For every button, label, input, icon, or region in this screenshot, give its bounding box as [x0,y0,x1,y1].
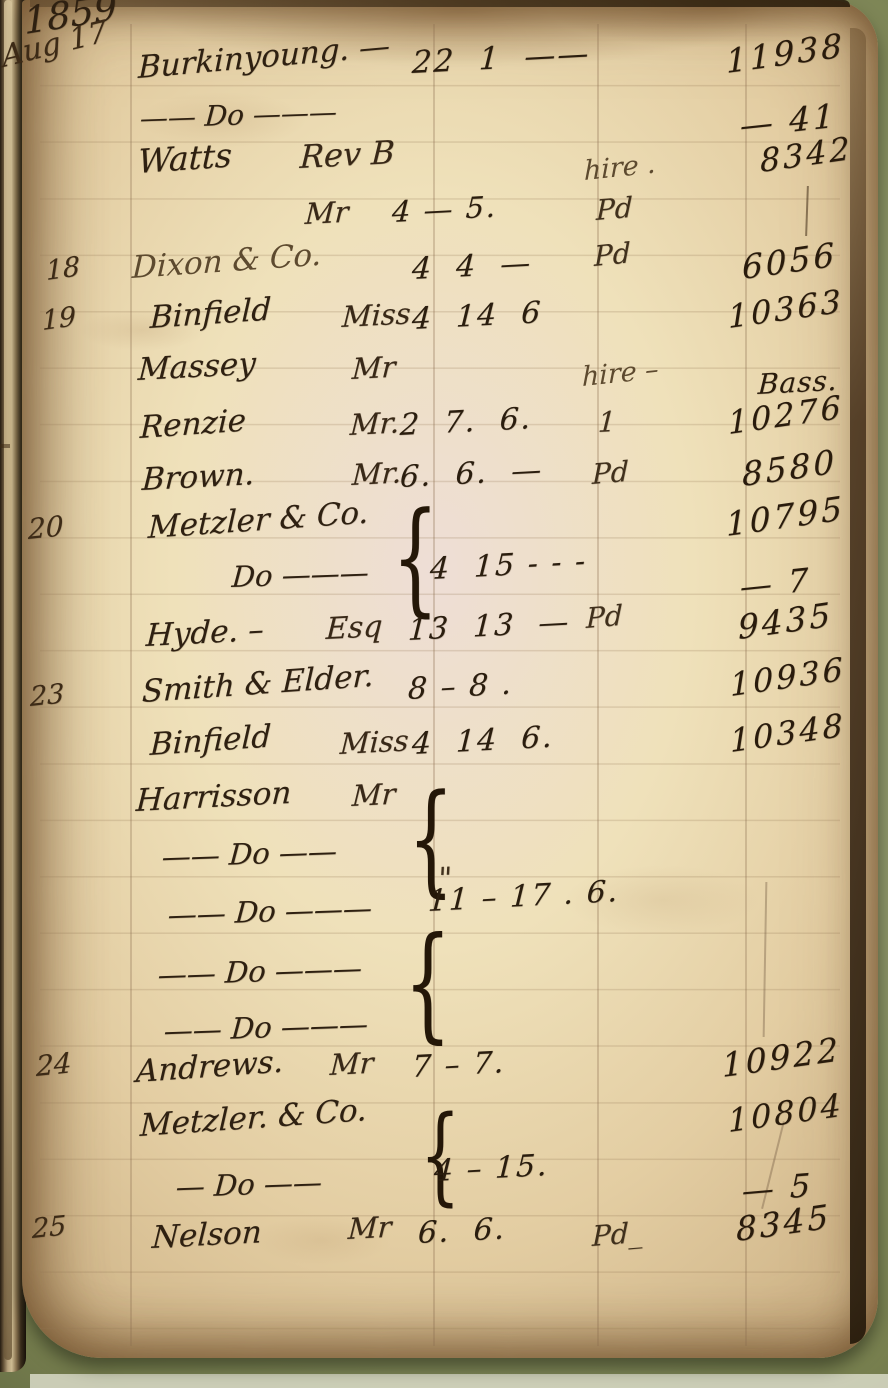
entry-title: Mr [351,777,396,813]
entry-date: 24 [36,1046,71,1083]
entry-title: Mr [351,350,396,386]
entry-name: Hyde. – [145,612,265,654]
scanner-background-strip [30,1374,888,1388]
entry-name: —— Do ——— [167,891,373,932]
entry-date: 18 [45,251,80,287]
entry-date: 25 [32,1210,66,1245]
entry-note: Pd_ [592,1215,643,1253]
entry-date: 20 [28,509,63,546]
entry-date: 19 [41,301,76,337]
entry-note: Pd [594,236,631,273]
entry-title: Miss [339,723,409,761]
entry-note: Pd [586,599,623,635]
entry-amount: 4 4 — [411,246,533,287]
entry-note: 1 [597,405,617,439]
entry-name: Brown. [141,456,255,498]
page-right-edge [850,28,866,1344]
entry-name: — Do —— [175,1165,323,1204]
entry-name: Massey [137,346,257,388]
entry-name: —— Do ——— [139,95,338,135]
entry-title: Mr [347,1210,392,1246]
ledger-scan: 1859 Aug 17 Burkinyoung. — 22 1 —— 11938… [0,0,888,1388]
entry-amount: 4 14 6. [411,719,555,762]
ledger-brace: { [404,930,451,1037]
pen-mark [0,444,10,448]
entry-title: Esq [325,609,383,647]
entry-amount: 8 – 8 . [407,666,514,707]
ditto-mark: " [437,861,453,897]
entry-name: Renzie [139,403,246,447]
entry-amount: 6. 6. [417,1211,507,1251]
entry-note: Pd [596,191,633,227]
entry-title: Mr [329,1046,374,1082]
entry-amount: 7 – 7. [411,1045,507,1085]
entry-name: Do ——— [231,555,370,594]
page-edge-roll [4,0,12,1360]
entry-name: —— Do ——— [163,1007,369,1048]
entry-title: Rev B [299,133,396,176]
column-rule-date [130,24,132,1346]
entry-title: Mr [304,195,349,231]
entry-title: Miss [341,296,411,334]
entry-amount: 4 — 5. [391,189,498,229]
entry-note: Pd [592,455,629,491]
entry-name: —— Do —— [161,834,338,874]
entry-date: 23 [30,678,64,713]
entry-amount: 4 – 15. [433,1148,550,1189]
entry-name: Nelson [151,1214,263,1256]
entry-amount: 2 7. 6. [399,401,533,443]
entry-title: Mr. [349,405,400,442]
entry-name: Watts [137,135,232,181]
entry-amount: 4 14 6 [411,295,543,337]
entry-name: —— Do ——— [157,951,363,992]
